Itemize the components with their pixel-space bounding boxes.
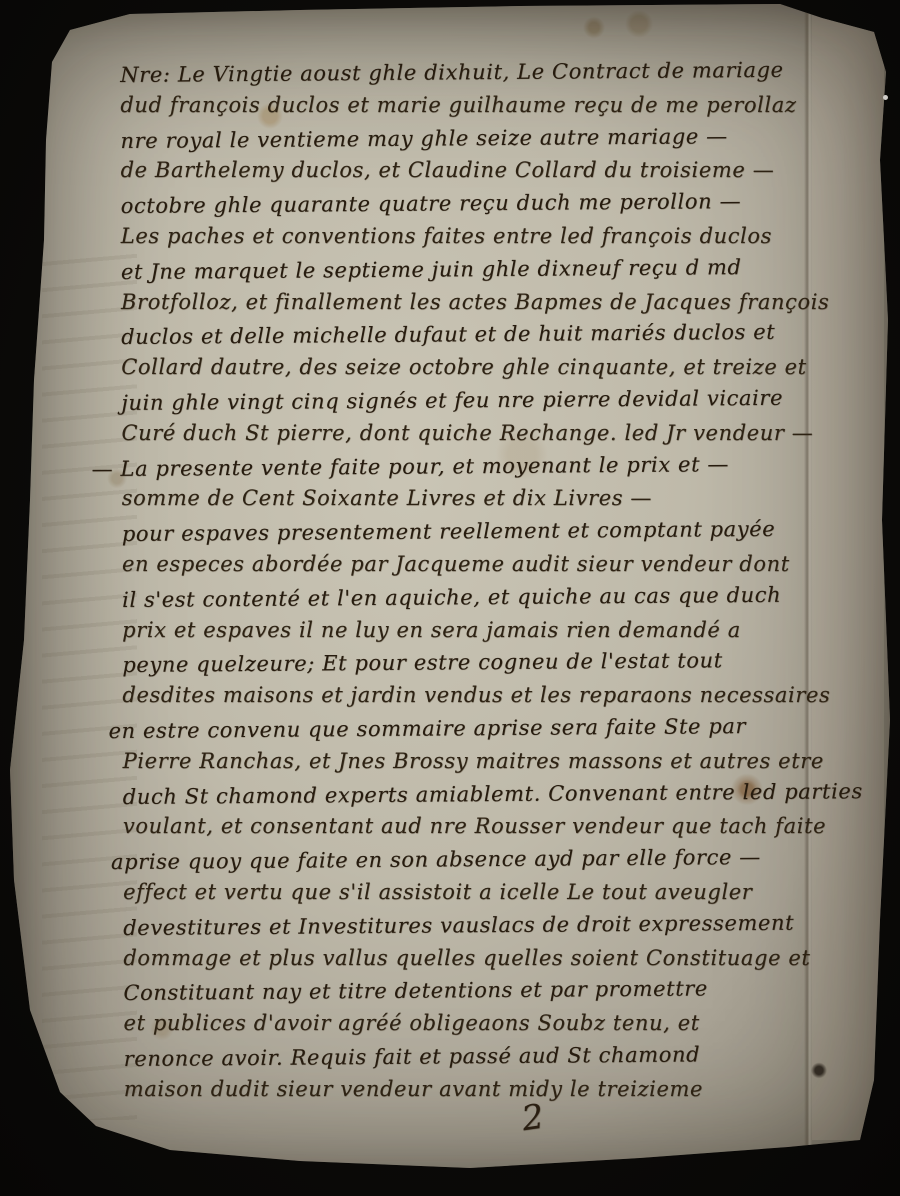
manuscript-line: duclos et delle michelle dufaut et de hu… (121, 315, 879, 354)
manuscript-line: — La presente vente faite pour, et moyen… (91, 447, 879, 486)
manuscript-line: renonce avoir. Requis fait et passé aud … (124, 1037, 882, 1076)
manuscript-line: duch St chamond experts amiablemt. Conve… (123, 775, 881, 814)
manuscript-line: somme de Cent Soixante Livres et dix Liv… (122, 482, 880, 515)
manuscript-line: maison dudit sieur vendeur avant midy le… (124, 1073, 882, 1106)
manuscript-line: peyne quelzeure; Et pour estre cogneu de… (122, 643, 880, 682)
manuscript-line: Constituant nay et titre detentions et p… (123, 971, 881, 1010)
manuscript-line: Collard dautre, des seize octobre ghle c… (121, 351, 879, 384)
manuscript-line: Les paches et conventions faites entre l… (121, 220, 879, 253)
manuscript-line: nre royal le ventieme may ghle seize aut… (120, 119, 878, 158)
manuscript-line: et publices d'avoir agréé obligeaons Sou… (124, 1007, 882, 1040)
manuscript-line: juin ghle vingt cinq signés et feu nre p… (121, 381, 879, 420)
manuscript-line: devestitures et Investitures vauslacs de… (123, 906, 881, 945)
manuscript-line: Brotfolloz, et finallement les actes Bap… (121, 286, 879, 319)
manuscript-line: en estre convenu que sommaire aprise ser… (108, 709, 880, 748)
photo-background: Nre: Le Vingtie aoust ghle dixhuit, Le C… (0, 0, 900, 1196)
manuscript-line: Curé duch St pierre, dont quiche Rechang… (121, 417, 879, 450)
manuscript-line: de Barthelemy duclos, et Claudine Collar… (121, 154, 879, 187)
manuscript-line: Pierre Ranchas, et Jnes Brossy maitres m… (123, 745, 881, 778)
manuscript-line: et Jne marquet le septieme juin ghle dix… (121, 250, 879, 289)
manuscript-paper: Nre: Le Vingtie aoust ghle dixhuit, Le C… (0, 0, 900, 1196)
manuscript-text: Nre: Le Vingtie aoust ghle dixhuit, Le C… (120, 55, 882, 1107)
manuscript-line: dommage et plus vallus quelles quelles s… (123, 942, 881, 975)
dust-speck (883, 95, 888, 100)
manuscript-line: pour espaves presentement reellement et … (122, 512, 880, 551)
manuscript-line: en especes abordée par Jacqueme audit si… (122, 548, 880, 581)
manuscript-line: dud françois duclos et marie guilhaume r… (120, 89, 878, 122)
manuscript-line: effect et vertu que s'il assistoit a ice… (123, 876, 881, 909)
manuscript-line: il s'est contenté et l'en aquiche, et qu… (122, 578, 880, 617)
manuscript-line: Nre: Le Vingtie aoust ghle dixhuit, Le C… (120, 53, 878, 92)
manuscript-line: aprise quoy que faite en son absence ayd… (111, 840, 881, 879)
manuscript-line: prix et espaves il ne luy en sera jamais… (122, 614, 880, 647)
manuscript-line: desdites maisons et jardin vendus et les… (122, 679, 880, 712)
manuscript-line: voulant, et consentant aud nre Rousser v… (123, 810, 881, 843)
manuscript-line: octobre ghle quarante quatre reçu duch m… (121, 184, 879, 223)
